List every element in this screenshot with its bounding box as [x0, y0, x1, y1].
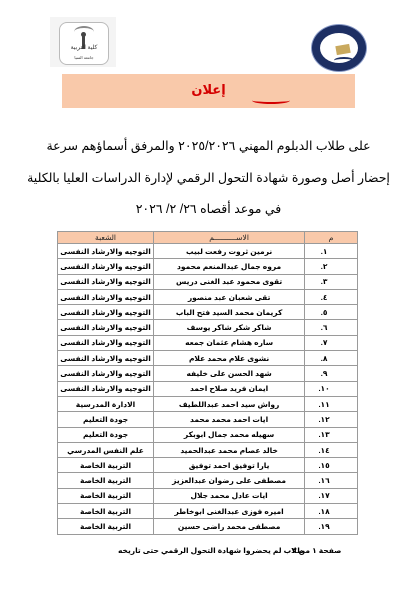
student-name: شهد الحسن على خليفه — [154, 366, 305, 381]
student-name: شاكر شكر شاكر يوسف — [154, 320, 305, 335]
table-row: ٦.شاكر شكر شاكر يوسفالتوجيه والارشاد الن… — [58, 320, 358, 335]
faculty-of-education-logo: كلية التربية جامعة المنيا — [50, 17, 116, 67]
title-swash-decoration — [252, 97, 290, 104]
row-number: ٩. — [305, 366, 358, 381]
student-branch: التربية الخاصة — [58, 519, 154, 534]
table-row: ١٠.ايمان فريد صلاح احمدالتوجيه والارشاد … — [58, 381, 358, 396]
student-branch: التوجيه والارشاد النفسى — [58, 244, 154, 259]
table-row: ١.نرمين ثروت رفعت لبيبالتوجيه والارشاد ا… — [58, 244, 358, 259]
student-name: نشوى علام محمد علام — [154, 351, 305, 366]
row-number: ١٣. — [305, 427, 358, 442]
row-number: ٧. — [305, 335, 358, 350]
table-row: ١٥.يارا توفيق احمد توفيقالتربية الخاصة — [58, 458, 358, 473]
notice-line-3: في موعد أقصاه ٢٦/ ٢/ ٢٠٢٦ — [0, 201, 417, 216]
student-name: مصطفى محمد راضى حسين — [154, 519, 305, 534]
row-number: ١٦. — [305, 473, 358, 488]
student-name: ايات عادل محمد جلال — [154, 488, 305, 503]
student-branch: التوجيه والارشاد النفسى — [58, 259, 154, 274]
student-name: خالد عصام محمد عبدالحميد — [154, 442, 305, 457]
header-branch: الشعبة — [58, 232, 154, 244]
row-number: ٨. — [305, 351, 358, 366]
student-name: اميره فوزى عبدالغنى ابوخاطر — [154, 504, 305, 519]
row-number: ١٠. — [305, 381, 358, 396]
row-number: ١٤. — [305, 442, 358, 457]
students-table: م الاســــــــــم الشعبة ١.نرمين ثروت رف… — [57, 231, 358, 535]
table-row: ١٦.مصطفى على رضوان عبدالعزيزالتربية الخا… — [58, 473, 358, 488]
student-name: ساره هشام عثمان جمعه — [154, 335, 305, 350]
student-branch: التربية الخاصة — [58, 488, 154, 503]
table-row: ١٨.اميره فوزى عبدالغنى ابوخاطرالتربية ال… — [58, 504, 358, 519]
row-number: ٣. — [305, 274, 358, 289]
row-number: ١٢. — [305, 412, 358, 427]
student-name: سهيله محمد جمال ابوبكر — [154, 427, 305, 442]
student-branch: التوجيه والارشاد النفسى — [58, 320, 154, 335]
table-row: ١٧.ايات عادل محمد جلالالتربية الخاصة — [58, 488, 358, 503]
student-branch: الادارة المدرسية — [58, 396, 154, 411]
university-logo — [311, 24, 367, 72]
table-row: ٥.كريمان محمد السيد فتح البابالتوجيه وال… — [58, 305, 358, 320]
student-name: نرمين ثروت رفعت لبيب — [154, 244, 305, 259]
header-name: الاســــــــــم — [154, 232, 305, 244]
graduation-cap-icon — [335, 44, 350, 55]
student-name: يارا توفيق احمد توفيق — [154, 458, 305, 473]
row-number: ١٥. — [305, 458, 358, 473]
table-row: ١١.رواش سيد احمد عبداللطيفالادارة المدرس… — [58, 396, 358, 411]
student-name: مصطفى على رضوان عبدالعزيز — [154, 473, 305, 488]
row-number: ١. — [305, 244, 358, 259]
student-branch: التربية الخاصة — [58, 504, 154, 519]
announcement-title: إعلان — [62, 82, 355, 98]
student-branch: التوجيه والارشاد النفسى — [58, 274, 154, 289]
table-row: ٧.ساره هشام عثمان جمعهالتوجيه والارشاد ا… — [58, 335, 358, 350]
notice-line-2: إحضار أصل وصورة شهادة التحول الرقمي لإدا… — [0, 170, 417, 185]
table-row: ١٤.خالد عصام محمد عبدالحميدعلم النفس الم… — [58, 442, 358, 457]
row-number: ٤. — [305, 289, 358, 304]
student-branch: التوجيه والارشاد النفسى — [58, 335, 154, 350]
table-row: ٢.مروه جمال عبدالمنعم محمودالتوجيه والار… — [58, 259, 358, 274]
student-branch: التربية الخاصة — [58, 458, 154, 473]
student-branch: التوجيه والارشاد النفسى — [58, 366, 154, 381]
student-branch: التوجيه والارشاد النفسى — [58, 381, 154, 396]
announcement-banner: إعلان — [62, 74, 355, 108]
student-name: ايات احمد محمد محمد — [154, 412, 305, 427]
table-row: ٩.شهد الحسن على خليفهالتوجيه والارشاد ال… — [58, 366, 358, 381]
student-name: تقى شعبان عبد منصور — [154, 289, 305, 304]
student-name: رواش سيد احمد عبداللطيف — [154, 396, 305, 411]
row-number: ١٩. — [305, 519, 358, 534]
student-branch: جودة التعليم — [58, 412, 154, 427]
student-branch: علم النفس المدرسي — [58, 442, 154, 457]
row-number: ٢. — [305, 259, 358, 274]
row-number: ١١. — [305, 396, 358, 411]
header-num: م — [305, 232, 358, 244]
student-name: ايمان فريد صلاح احمد — [154, 381, 305, 396]
faculty-logo-subtext: جامعة المنيا — [62, 55, 106, 60]
student-name: تقوى محمود عبد الغنى دريس — [154, 274, 305, 289]
table-row: ١٣.سهيله محمد جمال ابوبكرجودة التعليم — [58, 427, 358, 442]
logo-frame: كلية التربية جامعة المنيا — [59, 22, 109, 65]
row-number: ١٧. — [305, 488, 358, 503]
table-row: ٤.تقى شعبان عبد منصورالتوجيه والارشاد ال… — [58, 289, 358, 304]
student-branch: التوجيه والارشاد النفسى — [58, 289, 154, 304]
university-logo-inner — [320, 33, 358, 63]
student-name: كريمان محمد السيد فتح الباب — [154, 305, 305, 320]
row-number: ٥. — [305, 305, 358, 320]
row-number: ٦. — [305, 320, 358, 335]
table-row: ١٩.مصطفى محمد راضى حسينالتربية الخاصة — [58, 519, 358, 534]
row-number: ١٨. — [305, 504, 358, 519]
student-branch: التوجيه والارشاد النفسى — [58, 351, 154, 366]
table-row: ٣.تقوى محمود عبد الغنى دريسالتوجيه والار… — [58, 274, 358, 289]
student-branch: التوجيه والارشاد النفسى — [58, 305, 154, 320]
footer-caption: طلاب لم يحضروا شهادة التحول الرقمي حتى ت… — [118, 546, 304, 555]
student-branch: جودة التعليم — [58, 427, 154, 442]
table-row: ١٢.ايات احمد محمد محمدجودة التعليم — [58, 412, 358, 427]
book-icon — [334, 57, 354, 64]
student-branch: التربية الخاصة — [58, 473, 154, 488]
student-name: مروه جمال عبدالمنعم محمود — [154, 259, 305, 274]
notice-line-1: على طلاب الدبلوم المهني ٢٠٢٥/٢٠٢٦ والمرف… — [0, 138, 417, 153]
faculty-logo-text: كلية التربية — [62, 44, 106, 51]
table-row: ٨.نشوى علام محمد علامالتوجيه والارشاد ال… — [58, 351, 358, 366]
table-header-row: م الاســــــــــم الشعبة — [58, 232, 358, 244]
